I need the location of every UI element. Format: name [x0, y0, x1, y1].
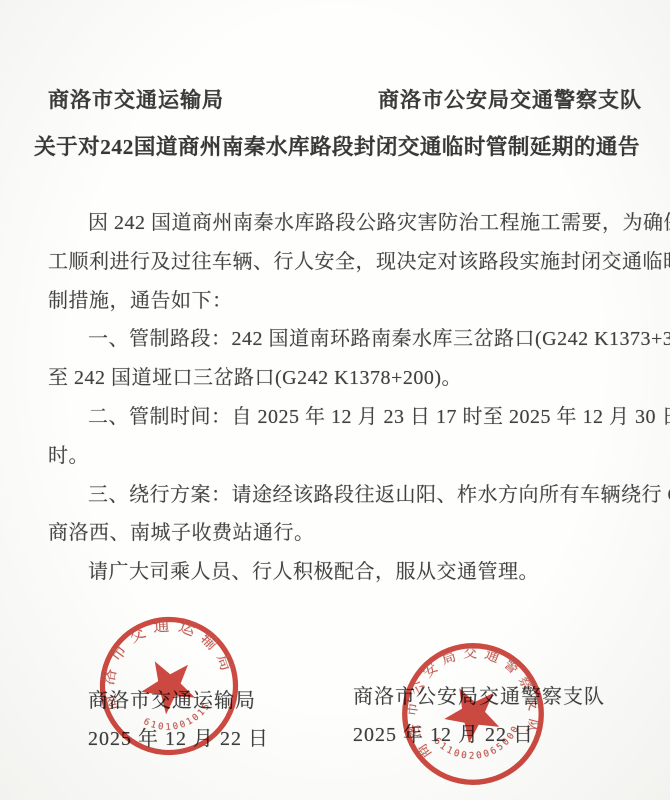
svg-text:商洛市公安局交通警察支队: 商洛市公安局交通警察支队 [393, 634, 549, 763]
body-line: 至 242 国道垭口三岔路口(G242 K1378+200)。 [48, 359, 646, 398]
body-line: 制措施，通告如下： [48, 282, 646, 321]
seal-arc-text: 商洛市公安局交通警察支队 [393, 634, 549, 763]
notice-title: 关于对242国道商州南秦水库路段封闭交通临时管制延期的通告 [16, 130, 658, 161]
official-seal-transport-bureau: 商洛市交通运输局 6101001015 [75, 592, 263, 780]
body-line: 三、绕行方案：请途经该路段往返山阳、柞水方向所有车辆绕行 G70 [48, 476, 646, 515]
svg-text:商洛市交通运输局: 商洛市交通运输局 [83, 599, 239, 713]
seal-code-text: 6101001015 [140, 698, 218, 741]
svg-text:6101001015: 6101001015 [140, 698, 218, 741]
body-line: 因 242 国道商州南秦水库路段公路灾害防治工程施工需要，为确保施 [48, 204, 646, 243]
issuing-organizations: 商洛市交通运输局 商洛市公安局交通警察支队 [48, 84, 642, 114]
body-line: 二、管制时间：自 2025 年 12 月 23 日 17 时至 2025 年 1… [48, 398, 646, 437]
notice-body: 因 242 国道商州南秦水库路段公路灾害防治工程施工需要，为确保施 工顺利进行及… [48, 204, 646, 592]
body-line: 商洛西、南城子收费站通行。 [48, 514, 646, 553]
official-seal-traffic-police: 商洛市公安局交通警察支队 6110020065000 [383, 624, 564, 800]
body-line: 时。 [48, 437, 646, 476]
svg-text:6110020065000: 6110020065000 [430, 721, 526, 769]
org-right-name: 商洛市公安局交通警察支队 [378, 84, 642, 114]
seal-code-text: 6110020065000 [430, 721, 526, 769]
org-left-name: 商洛市交通运输局 [48, 84, 224, 114]
star-icon [131, 648, 204, 720]
star-icon [435, 675, 509, 748]
seal-arc-text: 商洛市交通运输局 [83, 599, 239, 713]
body-line: 请广大司乘人员、行人积极配合，服从交通管理。 [48, 553, 646, 592]
notice-document: 商洛市交通运输局 商洛市公安局交通警察支队 关于对242国道商州南秦水库路段封闭… [0, 0, 670, 800]
body-line: 工顺利进行及过往车辆、行人安全，现决定对该路段实施封闭交通临时管 [48, 243, 646, 282]
body-line: 一、管制路段：242 国道南环路南秦水库三岔路口(G242 K1373+300) [48, 320, 646, 359]
